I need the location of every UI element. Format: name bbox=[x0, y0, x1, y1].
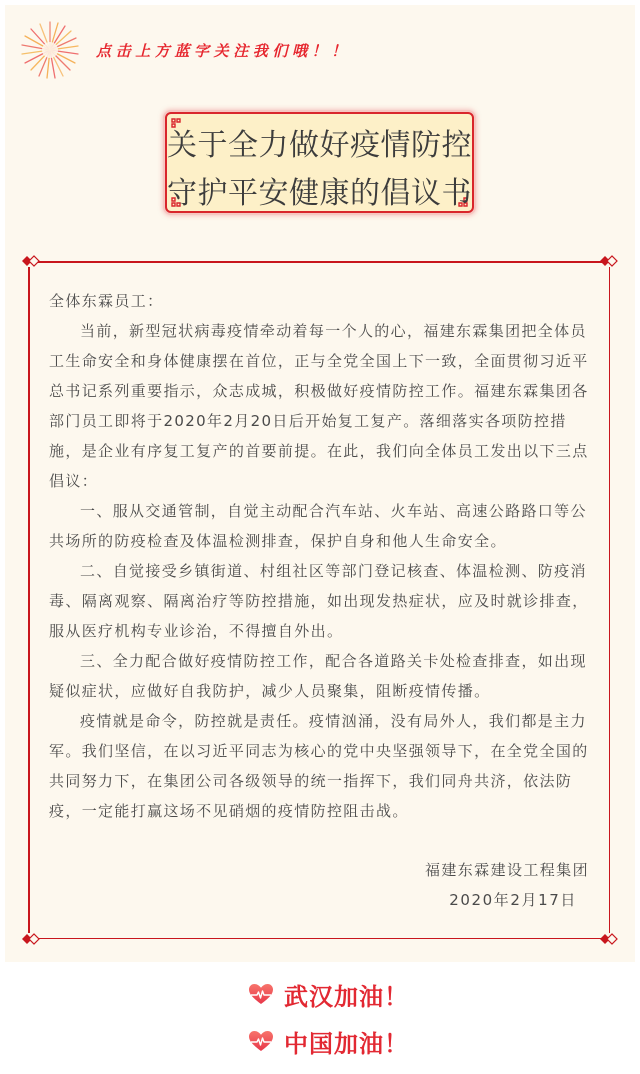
frame-right-border bbox=[609, 267, 611, 933]
document-title-line-2: 守护平安健康的倡议书 bbox=[167, 168, 472, 212]
letter-body: 全体东霖员工： 当前，新型冠状病毒疫情牵动着每一个人的心，福建东霖集团把全体员工… bbox=[49, 286, 595, 826]
follow-banner[interactable]: 点击上方蓝字关注我们哦！！ bbox=[18, 18, 351, 82]
signature-organization: 福建东霖建设工程集团 bbox=[425, 855, 589, 885]
slogan-text: 武汉加油！ bbox=[284, 977, 409, 1012]
letter-paragraph-closing: 疫情就是命令，防控就是责任。疫情汹涌，没有局外人，我们都是主力军。我们坚信，在以… bbox=[49, 706, 595, 826]
letter-signature: 福建东霖建设工程集团 2020年2月17日 bbox=[425, 855, 589, 915]
letter-paragraph-point-2: 二、自觉接受乡镇街道、村组社区等部门登记核查、体温检测、防疫消毒、隔离观察、隔离… bbox=[49, 556, 595, 646]
letter-paragraph-intro: 当前，新型冠状病毒疫情牵动着每一个人的心，福建东霖集团把全体员工生命安全和身体健… bbox=[49, 316, 595, 496]
diamond-ornament-icon bbox=[597, 254, 619, 268]
signature-date: 2020年2月17日 bbox=[425, 885, 589, 915]
firework-icon bbox=[18, 18, 82, 82]
letter-paragraph-point-3: 三、全力配合做好疫情防控工作，配合各道路关卡处检查排查，如出现疑似症状，应做好自… bbox=[49, 646, 595, 706]
document-title-line-1: 关于全力做好疫情防控 bbox=[167, 120, 472, 164]
letter-paragraph-point-1: 一、服从交通管制，自觉主动配合汽车站、火车站、高速公路路口等公共场所的防疫检查及… bbox=[49, 496, 595, 556]
diamond-ornament-icon bbox=[21, 254, 43, 268]
letter-salutation: 全体东霖员工： bbox=[49, 286, 595, 316]
slogan-wuhan: 武汉加油！ bbox=[248, 974, 409, 1014]
frame-bottom-border bbox=[35, 938, 603, 940]
slogan-text: 中国加油！ bbox=[284, 1024, 409, 1059]
follow-prompt-text: 点击上方蓝字关注我们哦！！ bbox=[96, 40, 351, 61]
heartbeat-heart-icon bbox=[248, 983, 274, 1005]
document-title-box: 关于全力做好疫情防控 守护平安健康的倡议书 bbox=[165, 112, 474, 213]
diamond-ornament-icon bbox=[21, 932, 43, 946]
frame-top-border bbox=[35, 261, 603, 263]
heartbeat-heart-icon bbox=[248, 1030, 274, 1052]
slogan-china: 中国加油！ bbox=[248, 1021, 409, 1061]
frame-left-border bbox=[28, 267, 30, 933]
diamond-ornament-icon bbox=[597, 932, 619, 946]
